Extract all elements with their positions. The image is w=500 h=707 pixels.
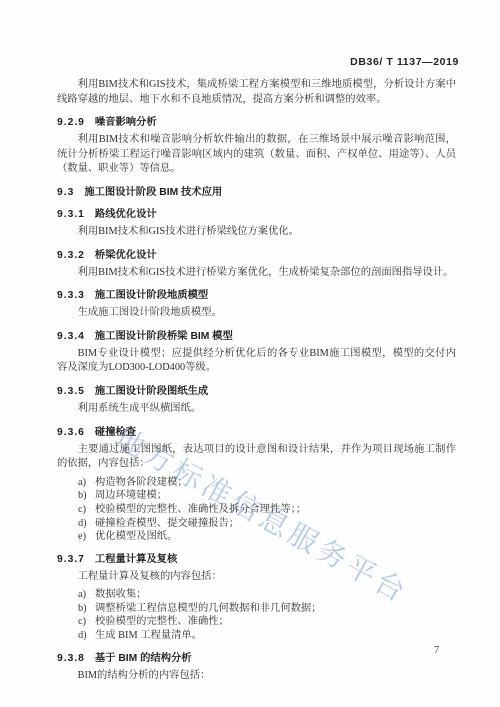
list-item-text: 生成 BIM 工程量清单。 [95, 629, 202, 643]
section-number: 9.3.5 [57, 386, 85, 397]
section-heading: 9.3.1路线优化设计 [57, 208, 456, 221]
body-paragraph: 生成施工图设计阶段地质模型。 [57, 306, 456, 321]
section-title: 碰撞检查 [95, 427, 136, 438]
section-title: 施工图设计阶段图纸生成 [95, 386, 208, 397]
section-title: 施工图设计阶段地质模型 [95, 290, 208, 301]
list-item: d)生成 BIM 工程量清单。 [78, 629, 456, 643]
document-number-header: DB36/ T 1137—2019 [350, 56, 459, 68]
section-title: 施工图设计阶段 BIM 技术应用 [84, 187, 222, 198]
list-item-text: 周边环境建模； [95, 489, 167, 503]
list-item: a)构造物各阶段建模； [78, 476, 456, 490]
body-paragraph: 主要通过施工图图纸，表达项目的设计意图和设计结果，并作为项目现场施工制作的依据，… [57, 443, 456, 472]
list-item: a)数据收集； [78, 588, 456, 602]
list-item-marker: b) [78, 602, 95, 616]
list-item-text: 校验模型的完整性、准确性； [95, 615, 229, 629]
section-title: 噪音影响分析 [95, 117, 157, 128]
body-paragraph: 工程量计算及复核的内容包括： [57, 570, 456, 585]
section-number: 9.2.9 [57, 117, 85, 128]
body-paragraph: 利用BIM技术和噪音影响分析软件输出的数据，在三维场景中展示噪音影响范围，统计分… [57, 133, 456, 177]
section-title: 施工图设计阶段桥梁 BIM 模型 [95, 331, 233, 342]
section-title: 桥梁优化设计 [95, 250, 157, 261]
body-paragraph: BIM专业设计模型；应提供经分析优化后的各专业BIM施工图模型，模型的交付内容及… [57, 347, 456, 376]
list-item-marker: a) [78, 476, 95, 490]
list-item: e)优化模型及图纸。 [78, 530, 456, 544]
section-heading: 9.3.4施工图设计阶段桥梁 BIM 模型 [57, 330, 456, 343]
section-heading: 9.3.6碰撞检查 [57, 426, 456, 439]
list-item-text: 优化模型及图纸。 [95, 530, 177, 544]
section-number: 9.3.3 [57, 290, 85, 301]
list-item-text: 构造物各阶段建模； [95, 476, 188, 490]
list-item-marker: c) [78, 503, 95, 517]
section-number: 9.3.8 [57, 653, 85, 664]
section-title: 基于 BIM 的结构分析 [95, 653, 192, 664]
body-paragraph: 利用BIM技术和GIS技术进行桥梁方案优化，生成桥梁复杂部位的剖面图指导设计。 [57, 266, 456, 281]
section-number: 9.3.4 [57, 331, 85, 342]
list-item-marker: d) [78, 629, 95, 643]
page-number: 7 [434, 645, 439, 656]
list-item-marker: e) [78, 530, 95, 544]
body-paragraph: 利用系统生成平纵横图纸。 [57, 402, 456, 417]
list-item-text: 校验模型的完整性、准确性及拆分合理性等；； [95, 503, 306, 517]
list-item: d)碰撞检查模型、提交碰撞报告； [78, 517, 456, 531]
section-number: 9.3.7 [57, 554, 85, 565]
section-heading: 9.3.3施工图设计阶段地质模型 [57, 289, 456, 302]
list-item-text: 数据收集； [95, 588, 146, 602]
body-paragraph: 利用BIM技术和GIS技术，集成桥梁工程方案模型和三维地质模型，分析设计方案中线… [57, 78, 456, 107]
list-item-marker: c) [78, 615, 95, 629]
section-heading: 9.3.8基于 BIM 的结构分析 [57, 652, 456, 665]
list-item-marker: a) [78, 588, 95, 602]
section-number: 9.3 [57, 187, 74, 198]
ordered-letter-list: a)数据收集；b)调整桥梁工程信息模型的几何数据和非几何数据；c)校验模型的完整… [78, 588, 456, 642]
list-item: b)周边环境建模； [78, 489, 456, 503]
section-heading: 9.2.9噪音影响分析 [57, 116, 456, 129]
list-item-marker: b) [78, 489, 95, 503]
section-heading: 9.3施工图设计阶段 BIM 技术应用 [57, 186, 456, 199]
section-title: 工程量计算及复核 [95, 554, 177, 565]
section-heading: 9.3.2桥梁优化设计 [57, 249, 456, 262]
ordered-letter-list: a)构造物各阶段建模；b)周边环境建模；c)校验模型的完整性、准确性及拆分合理性… [78, 476, 456, 544]
list-item: c)校验模型的完整性、准确性； [78, 615, 456, 629]
list-item: b)调整桥梁工程信息模型的几何数据和非几何数据； [78, 602, 456, 616]
document-body: 利用BIM技术和GIS技术，集成桥梁工程方案模型和三维地质模型，分析设计方案中线… [57, 75, 456, 687]
section-title: 路线优化设计 [95, 209, 157, 220]
list-item-marker: d) [78, 517, 95, 531]
document-page: 地方标准信息服务平台 DB36/ T 1137—2019 利用BIM技术和GIS… [0, 0, 500, 707]
list-item: c)校验模型的完整性、准确性及拆分合理性等；； [78, 503, 456, 517]
list-item-text: 调整桥梁工程信息模型的几何数据和非几何数据； [95, 602, 322, 616]
section-number: 9.3.6 [57, 427, 85, 438]
body-paragraph: 利用BIM技术和GIS技术进行桥梁线位方案优化。 [57, 225, 456, 240]
list-item-text: 碰撞检查模型、提交碰撞报告； [95, 517, 239, 531]
body-paragraph: BIM的结构分析的内容包括： [57, 669, 456, 684]
section-number: 9.3.1 [57, 209, 85, 220]
section-heading: 9.3.5施工图设计阶段图纸生成 [57, 385, 456, 398]
section-number: 9.3.2 [57, 250, 85, 261]
section-heading: 9.3.7工程量计算及复核 [57, 553, 456, 566]
